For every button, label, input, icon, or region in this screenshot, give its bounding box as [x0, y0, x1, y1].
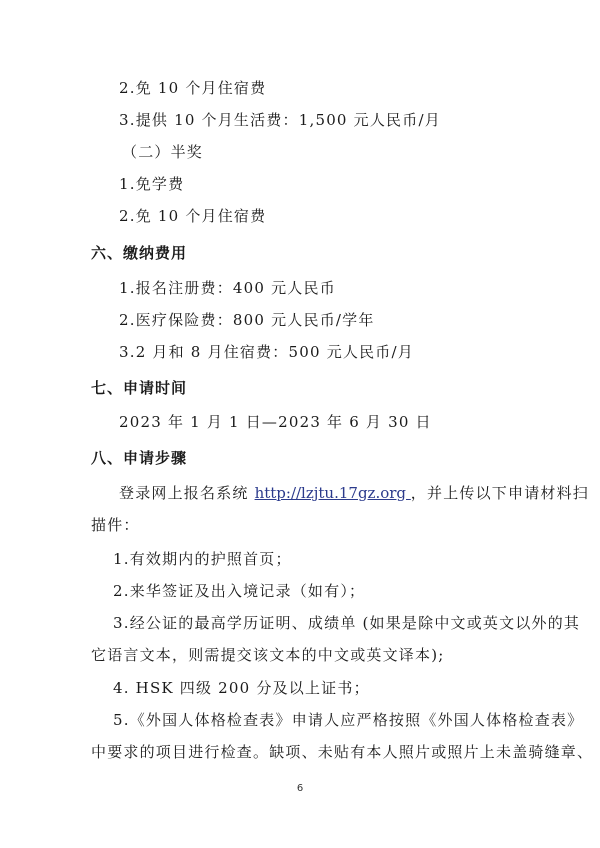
material-item-diploma: 3.经公证的最高学历证明、成绩单 (如果是除中文或英文以外的其 — [113, 613, 580, 633]
material-item-physical-exam: 5.《外国人体格检查表》申请人应严格按照《外国人体格检查表》 — [113, 710, 583, 730]
benefit-item-tuition: 1.免学费 — [119, 174, 184, 194]
document-page: 2.免 10 个月住宿费 3.提供 10 个月生活费：1,500 元人民币/月 … — [0, 0, 600, 848]
material-item-physical-exam-continued: 中要求的项目进行检查。缺项、未贴有本人照片或照片上未盖骑缝章、 — [91, 742, 593, 762]
benefit-item-living-allowance: 3.提供 10 个月生活费：1,500 元人民币/月 — [119, 110, 441, 130]
section-heading-fees: 六、缴纳费用 — [91, 243, 187, 263]
fee-item-registration: 1.报名注册费：400 元人民币 — [119, 278, 336, 298]
page-number: 6 — [0, 783, 600, 794]
material-item-passport: 1.有效期内的护照首页； — [113, 549, 292, 569]
section-heading-application-steps: 八、申请步骤 — [91, 448, 187, 468]
intro-text-after-link: ，并上传以下申请材料扫 — [411, 484, 589, 502]
section-heading-application-time: 七、申请时间 — [91, 378, 187, 398]
application-intro-continued: 描件： — [91, 515, 140, 535]
application-period: 2023 年 1 月 1 日—2023 年 6 月 30 日 — [119, 412, 432, 432]
intro-text-before-link: 登录网上报名系统 — [119, 484, 255, 502]
subsection-half-scholarship: （二）半奖 — [122, 142, 203, 162]
material-item-visa: 2.来华签证及出入境记录（如有）； — [113, 581, 365, 601]
benefit-item-accommodation-half: 2.免 10 个月住宿费 — [119, 206, 266, 226]
material-item-hsk: 4. HSK 四级 200 分及以上证书； — [113, 678, 370, 698]
benefit-item-accommodation: 2.免 10 个月住宿费 — [119, 78, 266, 98]
material-item-diploma-continued: 它语言文本，则需提交该文本的中文或英文译本); — [91, 645, 445, 665]
registration-system-link[interactable]: http://lzjtu.17gz.org — [255, 484, 411, 502]
fee-item-accommodation: 3.2 月和 8 月住宿费：500 元人民币/月 — [119, 342, 414, 362]
application-intro: 登录网上报名系统 http://lzjtu.17gz.org ，并上传以下申请材… — [119, 483, 589, 503]
fee-item-insurance: 2.医疗保险费：800 元人民币/学年 — [119, 310, 375, 330]
